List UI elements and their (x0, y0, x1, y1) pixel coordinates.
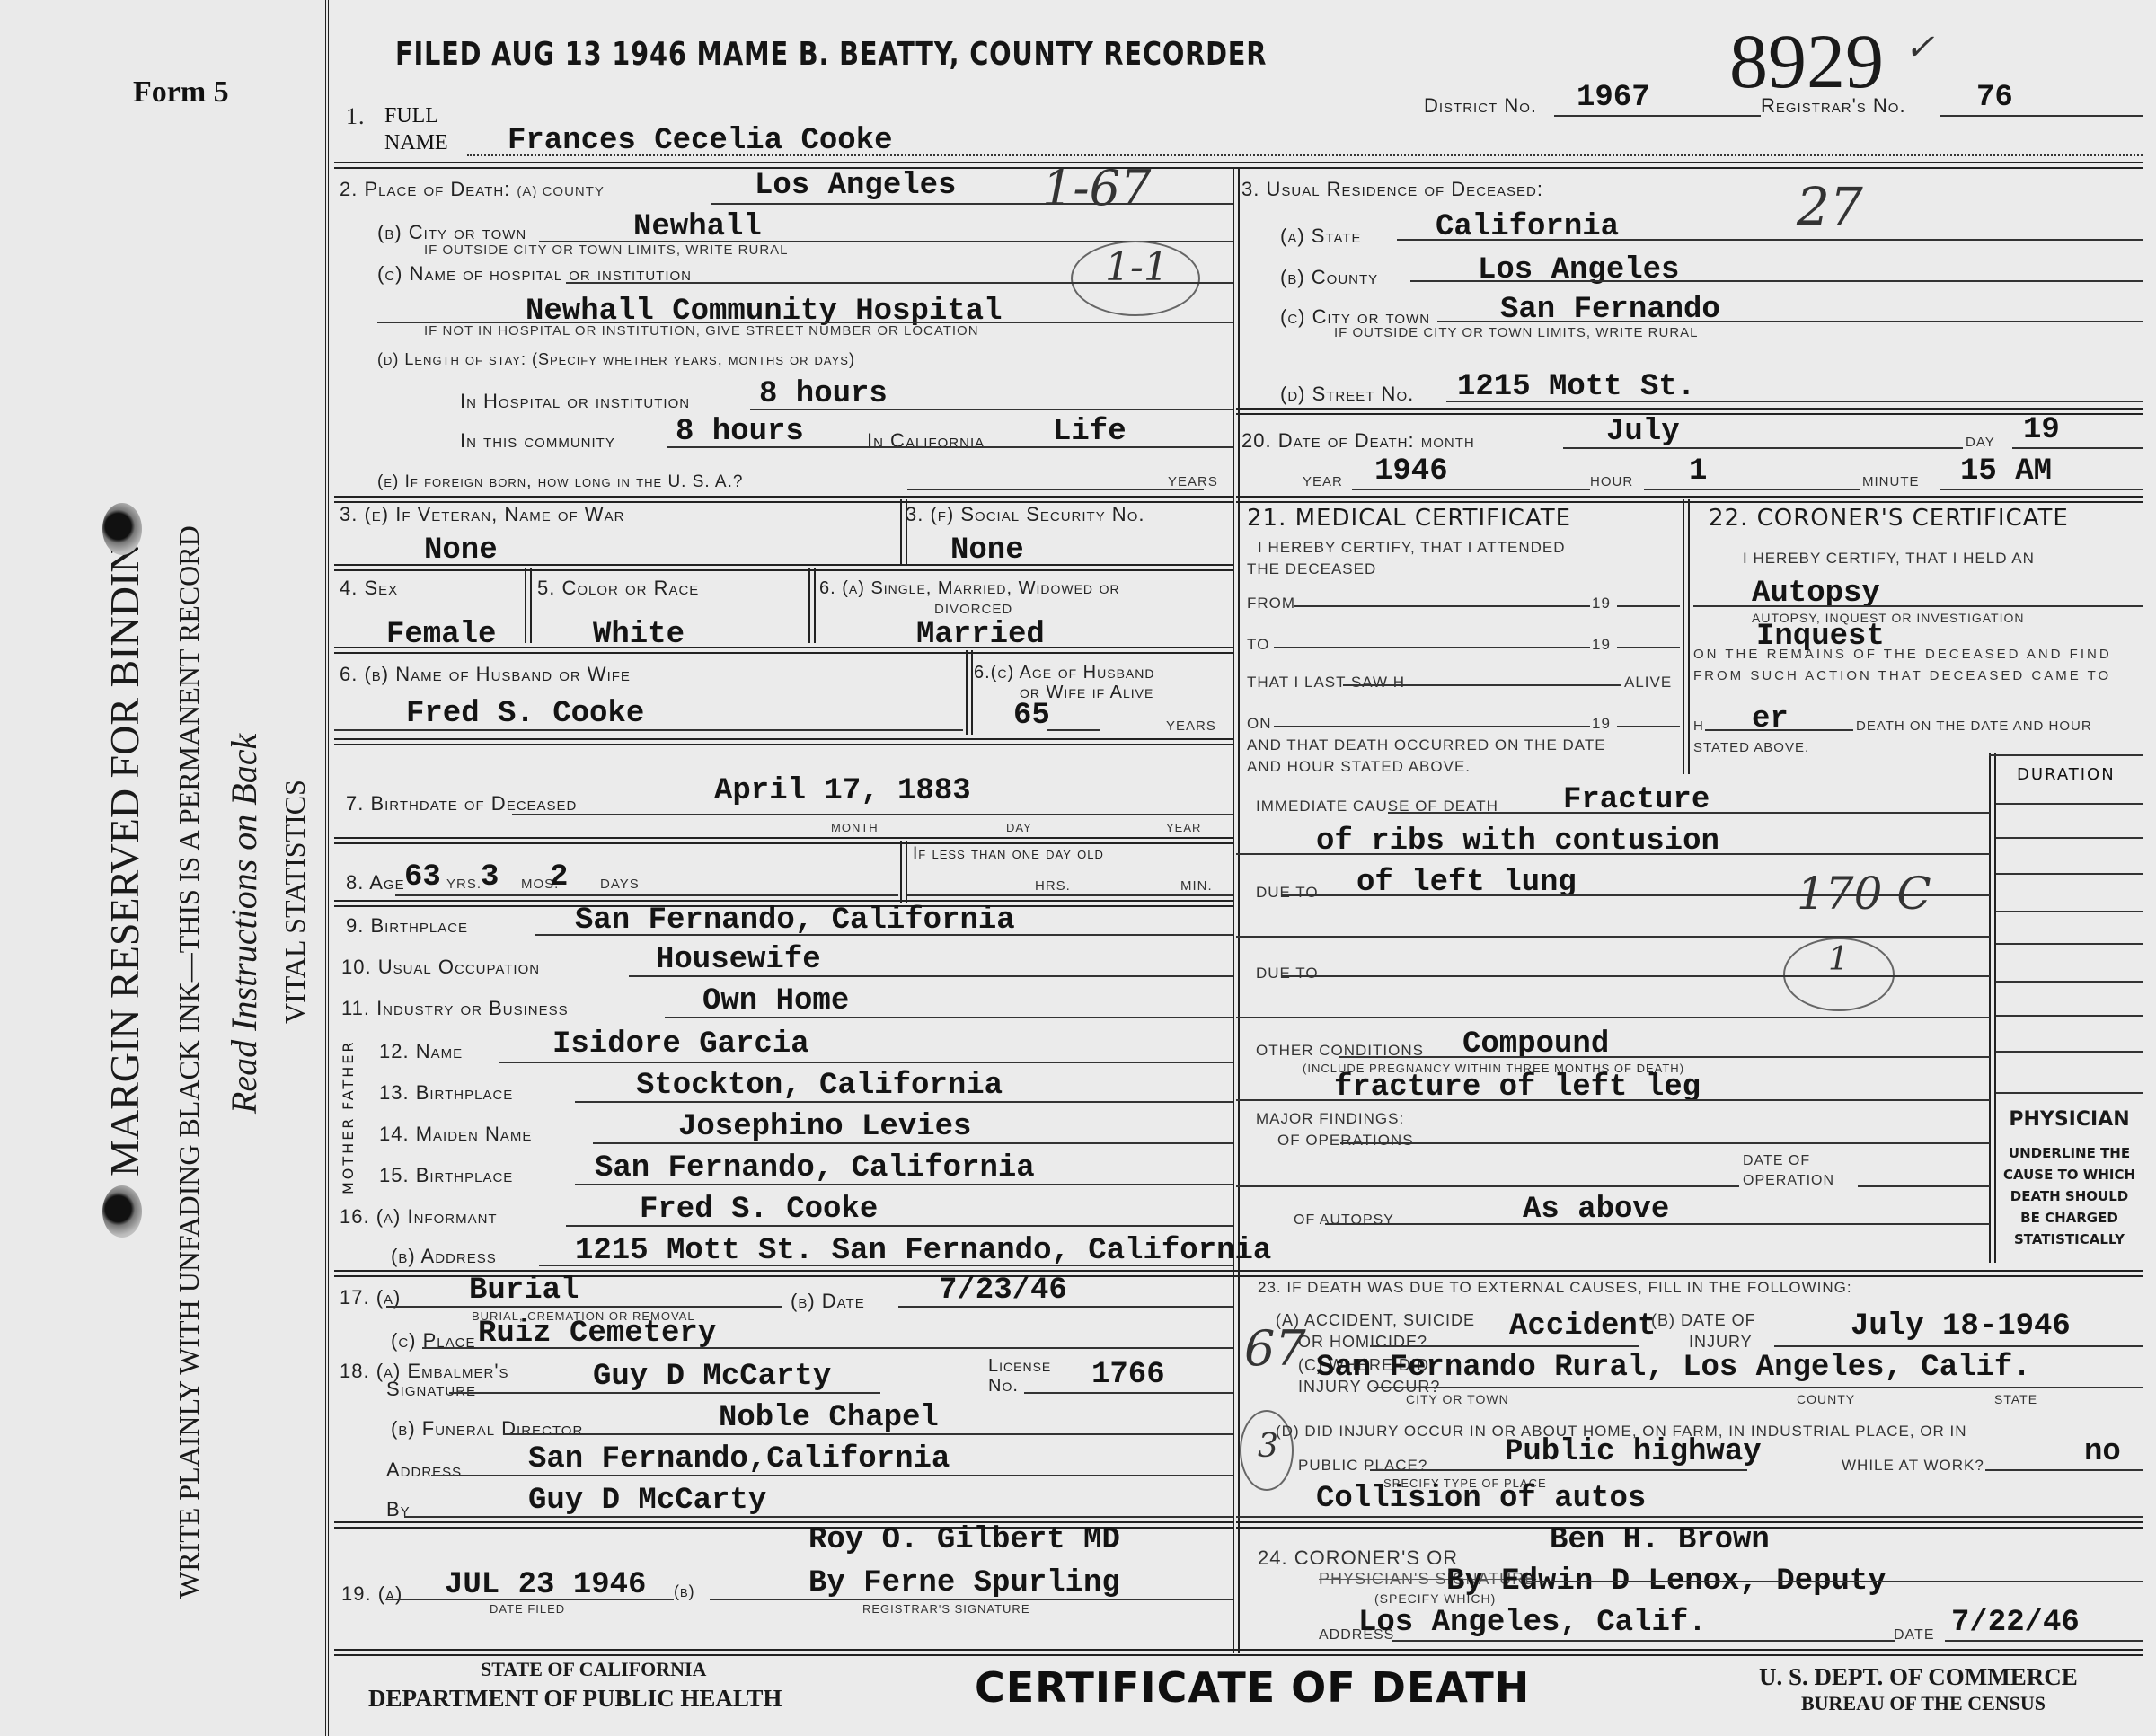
margin-annotation: 67 (1244, 1320, 1306, 1377)
due-to-label-1: Due to (1256, 884, 1319, 902)
age-years: 63 (404, 860, 441, 894)
death-certificate: Form 5 MARGIN RESERVED FOR BINDING WRITE… (0, 0, 2156, 1736)
filed-stamp: FILED AUG 13 1946 MAME B. BEATTY, COUNTY… (395, 36, 1267, 73)
age-yrs-label: Yrs. (446, 877, 482, 892)
binding-note: MARGIN RESERVED FOR BINDING (101, 513, 148, 1176)
vital-statistics-label: VITAL STATISTICS (278, 780, 312, 1024)
death-month: July (1606, 415, 1680, 449)
district-no-label: District No. (1424, 94, 1537, 118)
death-hour-label: Hour (1590, 474, 1633, 489)
footer-federal: U. S. DEPT. OF COMMERCE (1759, 1663, 2078, 1691)
residence-county-label: (b) County (1280, 266, 1378, 289)
ssn-label: 3. (f) Social Security No. (906, 503, 1144, 526)
operation-date-label: Date of (1743, 1153, 1810, 1169)
residence-street-label: (d) Street No. (1280, 383, 1414, 406)
disposition-value: Burial (469, 1273, 579, 1308)
medical-last-saw-label: That I last saw h (1247, 674, 1405, 692)
residence-county: Los Angeles (1478, 253, 1679, 287)
funeral-address-label: Address (386, 1458, 462, 1482)
accident-label-2: or homicide? (1298, 1333, 1427, 1352)
death-year-label: Year (1303, 474, 1343, 489)
license-no-label: No. (988, 1376, 1019, 1397)
funeral-director: Noble Chapel (719, 1401, 939, 1435)
in-california-label: In California (867, 429, 985, 453)
mother-side-label: MOTHER (340, 1116, 357, 1194)
accident-value: Accident (1509, 1309, 1656, 1344)
marital-label: 6. (a) Single, Married, Widowed or (819, 578, 1120, 599)
informant-name: Fred S. Cooke (640, 1193, 878, 1227)
physician-note: UNDERLINE THE CAUSE TO WHICH DEATH SHOUL… (1996, 1142, 2143, 1250)
public-place-label: public place? (1298, 1457, 1427, 1475)
physician-title: PHYSICIAN (1996, 1108, 2143, 1131)
county-annotation: 1-67 (1042, 160, 1151, 216)
father-name: Isidore Garcia (552, 1027, 809, 1062)
in-california-stay: Life (1053, 415, 1127, 449)
occupation-label: 10. Usual Occupation (341, 956, 540, 979)
medical-from-year: 19 (1592, 595, 1611, 612)
in-hospital-label: In Hospital or institution (460, 390, 690, 413)
father-side-label: FATHER (340, 1040, 357, 1110)
occupation-value: Housewife (656, 943, 821, 977)
death-year: 1946 (1374, 454, 1448, 489)
informant-address: 1215 Mott St. San Fernando, California (575, 1234, 1271, 1268)
full-name: Frances Cecelia Cooke (508, 124, 892, 158)
coroner-h-prefix: h (1693, 718, 1704, 734)
injury-date: July 18-1946 (1851, 1309, 2071, 1344)
registrars-no: 76 (1976, 81, 2013, 115)
registrars-no-label: Registrar's No. (1761, 94, 1906, 118)
embalmer-signature: Guy D McCarty (593, 1360, 831, 1394)
registrar-signature-hint: Registrar's Signature (862, 1602, 1029, 1616)
ssn-value: None (950, 533, 1024, 568)
age-min-label: Min. (1180, 878, 1213, 894)
medical-to-year: 19 (1592, 636, 1611, 654)
medical-certificate-title: 21. MEDICAL CERTIFICATE (1247, 505, 1571, 532)
spouse-name: Fred S. Cooke (406, 697, 644, 731)
medical-on-label: On (1247, 715, 1272, 733)
place-of-death-label: 2. Place of Death: (a) County (340, 178, 605, 201)
residence-city-hint: If outside city or town limits, write ru… (1334, 325, 1699, 340)
burial-date-label: (b) Date (791, 1290, 865, 1313)
injury-location: San Fernando Rural, Los Angeles, Calif. (1316, 1351, 2031, 1385)
coroner-signature-1: Ben H. Brown (1550, 1523, 1770, 1557)
manner-of-injury: Collision of autos (1316, 1482, 1646, 1516)
operations-label: Of operations (1277, 1132, 1414, 1150)
veteran-label: 3. (e) If Veteran, Name of War (340, 503, 624, 526)
footer-bureau: BUREAU OF THE CENSUS (1801, 1692, 2046, 1715)
check-mark-icon: ✓ (1904, 27, 1935, 68)
license-number: 1766 (1091, 1358, 1165, 1392)
footer-department: DEPARTMENT OF PUBLIC HEALTH (368, 1685, 782, 1713)
residence-street: 1215 Mott St. (1457, 370, 1695, 404)
spouse-age: 65 (1013, 699, 1050, 733)
funeral-address: San Fernando,California (528, 1442, 950, 1476)
medical-closing-2: and hour stated above. (1247, 758, 1471, 776)
birthdate-year-label: Year (1166, 821, 1201, 834)
autopsy-findings: As above (1523, 1193, 1669, 1227)
medical-alive-label: alive (1624, 674, 1672, 692)
item1-label-full: FULL (384, 104, 438, 128)
burial-date: 7/23/46 (939, 1273, 1067, 1308)
birthdate-label: 7. Birthdate of Deceased (346, 792, 577, 815)
usual-residence-label: 3. Usual Residence of Deceased: (1241, 178, 1543, 201)
age-hrs-label: Hrs. (1035, 878, 1071, 894)
industry-value: Own Home (702, 984, 849, 1018)
mother-maiden-name: Josephino Levies (678, 1110, 971, 1144)
coroner-h-value: er (1752, 702, 1789, 736)
stay-label: (d) Length of stay: (Specify whether yea… (377, 350, 855, 369)
death-city-hint: If outside city or town limits, write ru… (424, 242, 789, 258)
age-label: 8. Age (346, 871, 405, 894)
binding-hole-top (102, 503, 142, 555)
autopsy-label: Of autopsy (1294, 1212, 1394, 1229)
birthplace-label: 9. Birthplace (346, 914, 468, 938)
coroner-cert-line4: death on the date and hour (1856, 718, 2092, 734)
medical-from-label: From (1247, 595, 1295, 612)
certificate-number: 8929 (1729, 16, 1884, 106)
informant-label: 16. (a) Informant (340, 1205, 498, 1229)
hospital-hint: If not in hospital or institution, give … (424, 323, 979, 339)
spouse-age-years: Years (1166, 718, 1216, 734)
medical-cert-line1: I hereby certify, that I attended (1258, 539, 1566, 557)
funeral-director-label: (b) Funeral Director (391, 1417, 583, 1441)
mother-maiden-label: 14. Maiden Name (379, 1123, 532, 1146)
binding-hole-bottom (102, 1185, 142, 1238)
father-name-label: 12. Name (379, 1040, 463, 1063)
sex-label: 4. Sex (340, 577, 398, 600)
birthdate-value: April 17, 1883 (714, 774, 971, 808)
due-to-label-2: Due to (1256, 965, 1319, 983)
coroner-cert-line2: on the remains of the deceased and find (1693, 647, 2112, 662)
injury-county-label: County (1797, 1392, 1855, 1406)
death-day-label: Day (1966, 435, 1995, 450)
burial-place: Ruiz Cemetery (478, 1317, 716, 1351)
embalmer-label-2: Signature (386, 1378, 476, 1401)
certificate-title: CERTIFICATE OF DEATH (975, 1663, 1530, 1712)
coroner-address: Los Angeles, Calif. (1358, 1606, 1707, 1640)
item1-label-name: NAME (384, 131, 448, 155)
birthdate-day-label: Day (1006, 821, 1032, 834)
death-city: Newhall (633, 210, 762, 244)
in-hospital-stay: 8 hours (759, 377, 888, 411)
ink-note: WRITE PLAINLY WITH UNFADING BLACK INK—TH… (172, 525, 206, 1599)
medical-on-year: 19 (1592, 715, 1611, 733)
coroner-cert-line1: I hereby certify, that I held an (1743, 550, 2035, 568)
funeral-by: Guy D McCarty (528, 1484, 766, 1518)
injury-date-label-2: injury (1689, 1333, 1753, 1352)
coroner-cert-line3: from such action that deceased came to (1693, 668, 2111, 683)
handwritten-code: 170 C (1797, 868, 1931, 920)
death-city-label: (b) City or town (377, 221, 526, 244)
duration-title: DURATION (2017, 765, 2116, 784)
residence-state-label: (a) State (1280, 225, 1362, 248)
coroner-certificate-title: 22. CORONER'S CERTIFICATE (1709, 505, 2069, 532)
in-community-stay: 8 hours (676, 415, 804, 449)
duration-box-border (1989, 753, 1996, 1263)
spouse-name-label: 6. (b) Name of Husband or Wife (340, 663, 631, 686)
at-work-value: no (2084, 1435, 2121, 1469)
external-causes-label: 23. If death was due to external causes,… (1258, 1279, 1852, 1297)
foreign-years-label: Years (1168, 474, 1218, 489)
age-days: 2 (550, 860, 568, 894)
date-filed: JUL 23 1946 (445, 1568, 646, 1602)
death-day: 19 (2023, 413, 2060, 447)
injury-date-label: (b) Date of (1651, 1311, 1756, 1330)
registrar-line-2: By Ferne Spurling (808, 1566, 1120, 1600)
death-county: Los Angeles (755, 169, 956, 203)
major-findings-label: Major findings: (1256, 1110, 1404, 1128)
injury-city-label: City or town (1406, 1392, 1509, 1406)
death-hour: 1 (1689, 454, 1707, 489)
burial-place-label: (c) Place (391, 1329, 475, 1353)
coroner-cert-line5: stated above. (1693, 740, 1809, 755)
marital-label-2: Divorced (934, 602, 1012, 617)
father-birthplace: Stockton, California (636, 1069, 1003, 1103)
funeral-by-label: By (386, 1498, 411, 1521)
item1-num: 1. (346, 103, 366, 130)
center-divider (1233, 167, 1240, 1653)
date-filed-hint: Date filed (490, 1602, 565, 1616)
death-minute: 15 AM (1960, 454, 2052, 489)
father-birthplace-label: 13. Birthplace (379, 1081, 513, 1105)
under-day-label: If less than one day old (913, 844, 1104, 864)
foreign-born-label: (e) If foreign born, how long in the U. … (377, 472, 743, 492)
footer-state: STATE OF CALIFORNIA (481, 1658, 706, 1681)
death-minute-label: Minute (1862, 474, 1920, 489)
residence-annotation: 27 (1797, 176, 1863, 237)
license-label: License (988, 1356, 1051, 1377)
birthdate-month-label: Month (831, 821, 879, 834)
binding-margin: Form 5 MARGIN RESERVED FOR BINDING WRITE… (0, 0, 329, 1736)
in-community-label: In this community (460, 429, 615, 453)
coroner-signature-label: 24. Coroner's or (1258, 1547, 1458, 1570)
informant-address-label: (b) Address (391, 1245, 497, 1268)
medical-cert-line2: the deceased (1247, 560, 1376, 578)
date-of-death-label: 20. Date of Death: Month (1241, 429, 1475, 453)
age-days-label: Days (600, 877, 640, 892)
race-label: 5. Color or Race (537, 577, 699, 600)
handwritten-circle-value: 1 (1828, 941, 1849, 978)
registrar-b-label: (b) (674, 1582, 695, 1601)
registrar-line-1: Roy O. Gilbert MD (808, 1523, 1120, 1557)
coroner-date-label: Date (1894, 1627, 1934, 1643)
spouse-age-label: 6.(c) Age of Husband (974, 663, 1154, 683)
medical-closing: and that death occurred on the date (1247, 736, 1606, 754)
mother-birthplace-label: 15. Birthplace (379, 1164, 513, 1187)
at-work-label: While at work? (1842, 1457, 1984, 1475)
coroner-date: 7/22/46 (1951, 1606, 2080, 1640)
birthplace-value: San Fernando, California (575, 903, 1015, 938)
medical-to-label: To (1247, 636, 1269, 654)
form-number: Form 5 (133, 75, 229, 110)
mother-birthplace: San Fernando, California (595, 1151, 1035, 1185)
operation-date-label-2: operation (1743, 1173, 1834, 1189)
veteran-value: None (424, 533, 498, 568)
district-no: 1967 (1577, 81, 1650, 115)
injury-state-label: State (1994, 1392, 2037, 1406)
date-filed-label: 19. (a) (341, 1582, 402, 1606)
industry-label: 11. Industry or Business (341, 997, 569, 1020)
age-months: 3 (481, 860, 499, 894)
public-place-value: Public highway (1505, 1435, 1762, 1469)
instructions-note: Read Instructions on Back (223, 734, 265, 1114)
